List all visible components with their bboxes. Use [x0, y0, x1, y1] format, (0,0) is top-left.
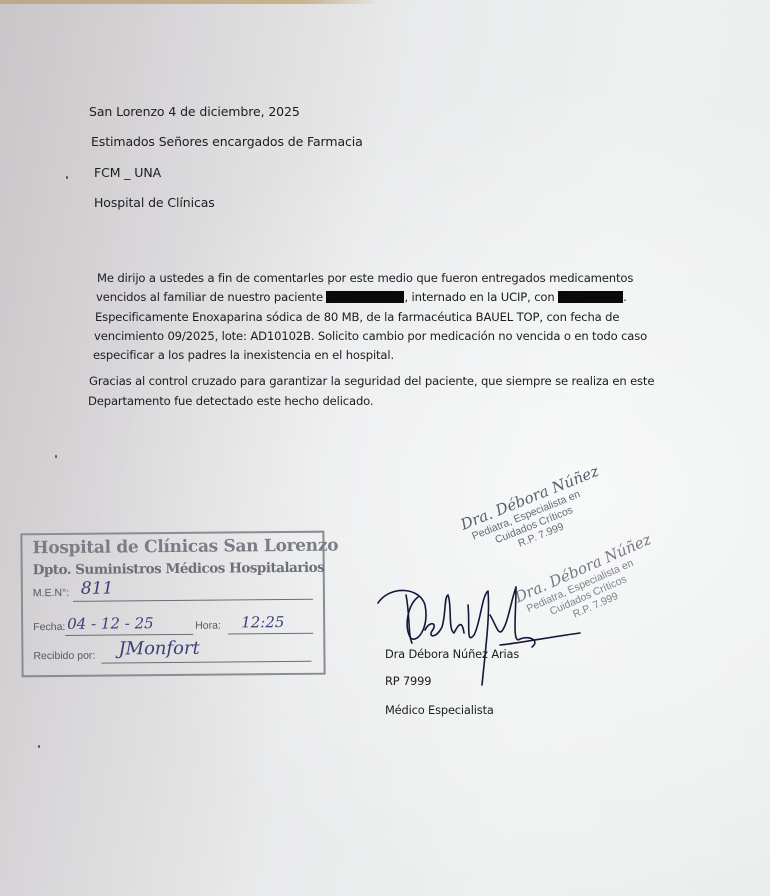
stamp-fecha-line [65, 634, 193, 636]
hospital-name: Hospital de Clínicas [94, 195, 215, 210]
stamp-recibido-value: JMonfort [118, 638, 200, 660]
body-line-2-start: vencidos al familiar de nuestro paciente [96, 290, 323, 304]
body-line-2-mid: , internado en la UCIP, con [404, 290, 554, 304]
addressee: Estimados Señores encargados de Farmacia [91, 134, 363, 149]
paper-speck [38, 745, 40, 748]
signatory-title: Médico Especialista [385, 703, 494, 717]
stamp-men-line [73, 599, 313, 602]
body-line-5: especificar a los padres la inexistencia… [93, 348, 394, 362]
stamp-recibido-label: Recibido por: [33, 650, 95, 663]
stamp-hora-value: 12:25 [241, 613, 284, 631]
stamp-hora-line [228, 633, 313, 635]
signatory-name: Dra Débora Núñez Arias [385, 647, 519, 661]
receipt-stamp: Hospital de Clínicas San Lorenzo Dpto. S… [20, 531, 325, 678]
stamp-department: Dpto. Suministros Médicos Hospitalarios [33, 560, 325, 579]
body-line-1: Me dirijo a ustedes a fin de comentarles… [97, 271, 633, 285]
signatory-registry: RP 7999 [385, 674, 431, 688]
stamp-fecha-value: 04 - 12 - 25 [67, 614, 154, 633]
body-line-4: vencimiento 09/2025, lote: AD10102B. Sol… [94, 329, 647, 343]
stamp-hora-label: Hora: [195, 620, 221, 632]
stamp-recibido-line [102, 661, 312, 664]
institution: FCM _ UNA [94, 165, 161, 180]
closing-line-2: Departamento fue detectado este hecho de… [88, 394, 373, 408]
paper-speck [66, 176, 68, 179]
stamp-title: Hospital de Clínicas San Lorenzo [32, 536, 338, 559]
stamp-men-value: 811 [81, 579, 114, 599]
handwritten-signature [370, 575, 590, 690]
redacted-patient-name [326, 291, 404, 303]
stamp-fecha-label: Fecha: [33, 621, 65, 633]
body-line-2-end: . [623, 290, 627, 304]
body-line-2: vencidos al familiar de nuestro paciente… [96, 290, 627, 304]
place-date: San Lorenzo 4 de diciembre, 2025 [89, 104, 300, 119]
paper-speck [55, 455, 57, 458]
redacted-detail [558, 291, 623, 303]
stamp-men-label: M.E.N°: [33, 587, 69, 599]
body-line-3: Especificamente Enoxaparina sódica de 80… [95, 310, 619, 324]
closing-line-1: Gracias al control cruzado para garantiz… [89, 374, 654, 388]
